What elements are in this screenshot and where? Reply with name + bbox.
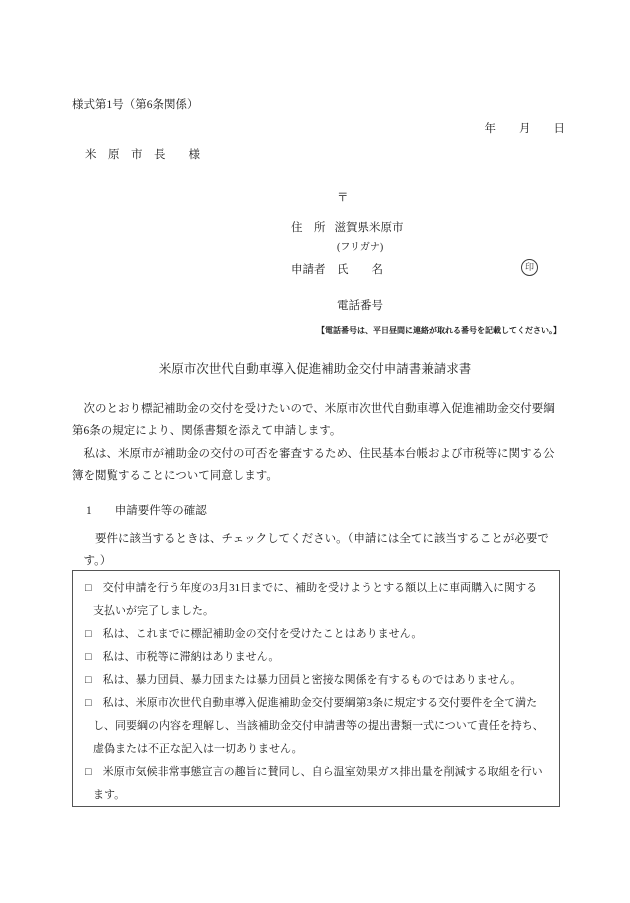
checklist-item-text: 交付申請を行う年度の3月31日までに、補助を受けようとする額以上に車両購入に関す… xyxy=(92,582,538,617)
checklist-item-text: 私は、市税等に滞納はありません。 xyxy=(92,651,280,663)
checklist-item-text: 私は、米原市次世代自動車導入促進補助金交付要綱第3条に規定する交付要件を全て満た… xyxy=(92,697,544,755)
checklist-item-text: 私は、暴力団員、暴力団または暴力団員と密接な関係を有するものではありません。 xyxy=(92,674,522,686)
date-line: 年 月 日 xyxy=(485,123,566,136)
checklist-item: □ 米原市気候非常事態宣言の趣旨に賛同し、自ら温室効果ガス排出量を削減する取組を… xyxy=(73,761,555,807)
checkbox-icon[interactable]: □ xyxy=(85,628,92,640)
checklist-item-text: 私は、これまでに標記補助金の交付を受けたことはありません。 xyxy=(92,628,423,640)
postal-mark: 〒 xyxy=(337,192,349,205)
address-label: 住 所 xyxy=(291,222,326,234)
requirements-checklist-box: □ 交付申請を行う年度の3月31日までに、補助を受けようとする額以上に車両購入に… xyxy=(72,570,560,807)
application-form-page: 様式第1号（第6条関係） 年 月 日 米 原 市 長 様 〒 住 所滋賀県米原市… xyxy=(0,0,630,903)
checkbox-icon[interactable]: □ xyxy=(85,697,92,709)
form-number: 様式第1号（第6条関係） xyxy=(72,99,199,112)
checkbox-icon[interactable]: □ xyxy=(85,766,92,778)
checklist-item: □ 交付申請を行う年度の3月31日までに、補助を受けようとする額以上に車両購入に… xyxy=(73,577,555,623)
checklist-item: □ 私は、暴力団員、暴力団または暴力団員と密接な関係を有するものではありません。 xyxy=(73,669,555,692)
checklist-item: □ 私は、米原市次世代自動車導入促進補助金交付要綱第3条に規定する交付要件を全て… xyxy=(73,692,555,761)
checkbox-icon[interactable]: □ xyxy=(85,582,92,594)
seal-mark-icon: 印 xyxy=(521,259,538,276)
address-value: 滋賀県米原市 xyxy=(335,222,404,234)
body-text: 次のとおり標記補助金の交付を受けたいので、米原市次世代自動車導入促進補助金交付要… xyxy=(72,398,562,488)
applicant-label: 申請者 xyxy=(291,264,326,277)
checkbox-icon[interactable]: □ xyxy=(85,674,92,686)
checkbox-icon[interactable]: □ xyxy=(85,651,92,663)
addressee: 米 原 市 長 様 xyxy=(85,149,200,162)
address-row: 住 所滋賀県米原市 xyxy=(291,222,404,235)
furigana-label: (フリガナ) xyxy=(337,242,383,254)
checklist-item: □ 私は、市税等に滞納はありません。 xyxy=(73,646,555,669)
phone-note: 【電話番号は、平日昼間に連絡が取れる番号を記載してください。】 xyxy=(317,326,561,335)
name-field-label: 氏 名 xyxy=(337,264,383,277)
section-1-instruction: 要件に該当するときは、チェックしてください。（申請には全てに該当することが必要で… xyxy=(72,528,562,573)
phone-field-label: 電話番号 xyxy=(337,300,383,313)
document-title: 米原市次世代自動車導入促進補助金交付申請書兼請求書 xyxy=(0,362,630,376)
section-1-heading: 1 申請要件等の確認 xyxy=(86,505,207,518)
checklist-item: □ 私は、これまでに標記補助金の交付を受けたことはありません。 xyxy=(73,623,555,646)
checklist-item-text: 米原市気候非常事態宣言の趣旨に賛同し、自ら温室効果ガス排出量を削減する取組を行い… xyxy=(92,766,543,801)
